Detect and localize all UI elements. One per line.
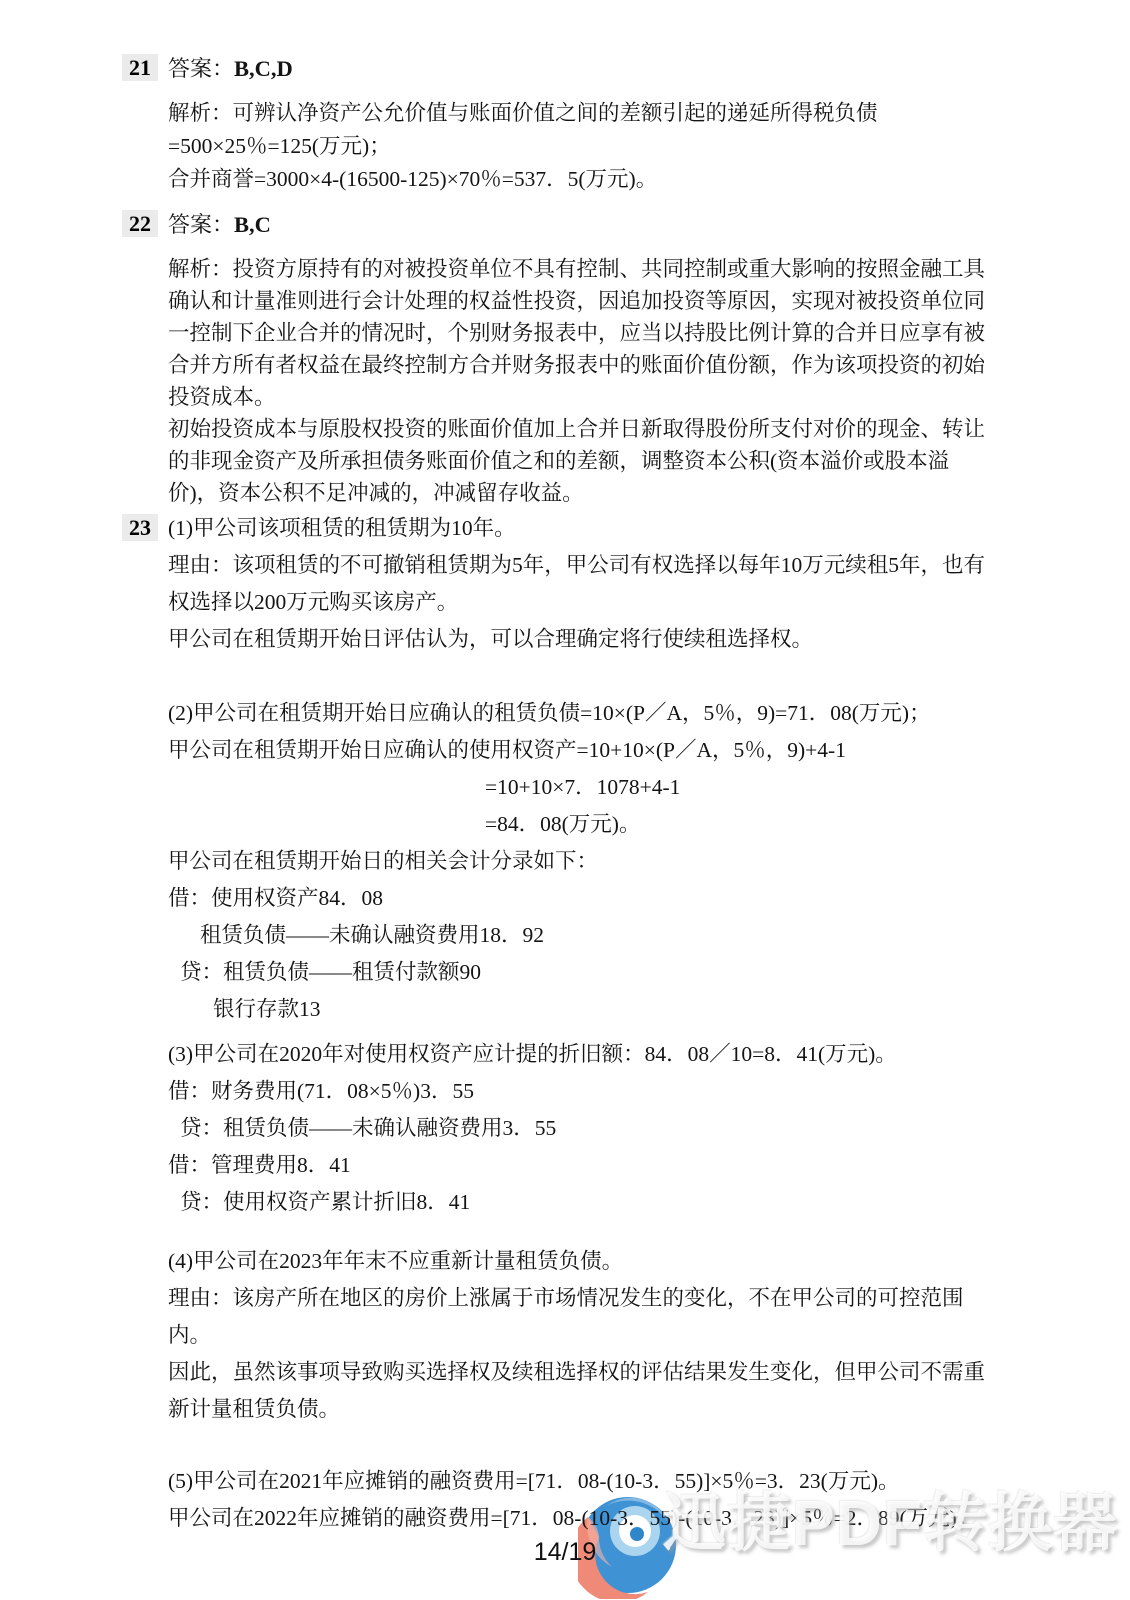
journal-entry-credit-line: 贷：租赁负债——租赁付款额90: [180, 954, 1090, 991]
analysis-line: 的非现金资产及所承担债务账面价值之和的差额，调整资本公积(资本溢价或股本溢: [168, 445, 1090, 477]
formula-line: 甲公司在租赁期开始日应确认的使用权资产=10+10×(P／A，5％，9)+4-1: [168, 732, 1090, 769]
answer-value: B,C: [234, 212, 271, 237]
answer-line: (1)甲公司该项租赁的租赁期为10年。: [168, 510, 1090, 547]
question-23-block-part2: (2)甲公司在租赁期开始日应确认的租赁负债=10×(P／A，5％，9)=71．0…: [0, 695, 1130, 1028]
journal-entry-debit-line: 借：财务费用(71．08×5％)3．55: [168, 1073, 1090, 1110]
page: { "page": { "background": "#ffffff", "fo…: [0, 0, 1130, 1600]
question-21-answer-row: 答案：B,C,D: [168, 52, 1090, 85]
reason-line: 权选择以200万元购买该房产。: [168, 584, 1090, 621]
formula-line: (3)甲公司在2020年对使用权资产应计提的折旧额：84．08／10=8．41(…: [168, 1036, 1090, 1073]
question-23-block-part1: 23 (1)甲公司该项租赁的租赁期为10年。 理由：该项租赁的不可撤销租赁期为5…: [0, 510, 1130, 658]
formula-continuation-line: =10+10×7．1078+4-1: [485, 769, 1090, 806]
journal-entry-subaccount-line: 银行存款13: [213, 991, 1090, 1028]
reason-line: 理由：该房产所在地区的房价上涨属于市场情况发生的变化，不在甲公司的可控范围: [168, 1280, 1090, 1317]
reason-line: 理由：该项租赁的不可撤销租赁期为5年，甲公司有权选择以每年10万元续租5年，也有: [168, 547, 1090, 584]
question-23-block-part4: (4)甲公司在2023年年末不应重新计量租赁负债。 理由：该房产所在地区的房价上…: [0, 1243, 1130, 1428]
reason-line: 内。: [168, 1317, 1090, 1354]
journal-entry-debit-line: 借：管理费用8．41: [168, 1147, 1090, 1184]
answer-line: (4)甲公司在2023年年末不应重新计量租赁负债。: [168, 1243, 1090, 1280]
analysis-line: 价)，资本公积不足冲减的，冲减留存收益。: [168, 477, 1090, 509]
watermark-text: 迅捷PDF转换器: [662, 1481, 1118, 1565]
question-22-number-badge: 22: [122, 210, 158, 237]
reason-line: 甲公司在租赁期开始日评估认为，可以合理确定将行使续租选择权。: [168, 621, 1090, 658]
analysis-line: 解析：可辨认净资产公允价值与账面价值之间的差额引起的递延所得税负债: [168, 97, 1090, 130]
analysis-line: 投资成本。: [168, 381, 1090, 413]
analysis-line: 解析：投资方原持有的对被投资单位不具有控制、共同控制或重大影响的按照金融工具: [168, 253, 1090, 285]
formula-line: 合并商誉=3000×4-(16500-125)×70％=537．5(万元)。: [168, 163, 1090, 196]
analysis-line: 确认和计量准则进行会计处理的权益性投资，因追加投资等原因，实现对被投资单位同: [168, 285, 1090, 317]
reason-line: 新计量租赁负债。: [168, 1391, 1090, 1428]
formula-line: =500×25％=125(万元)；: [168, 130, 1090, 163]
analysis-line: 一控制下企业合并的情况时，个别财务报表中，应当以持股比例计算的合并日应享有被: [168, 317, 1090, 349]
analysis-line: 合并方所有者权益在最终控制方合并财务报表中的账面价值份额，作为该项投资的初始: [168, 349, 1090, 381]
analysis-line: 初始投资成本与原股权投资的账面价值加上合并日新取得股份所支付对价的现金、转让: [168, 413, 1090, 445]
text-line: 甲公司在租赁期开始日的相关会计分录如下：: [168, 843, 1090, 880]
answer-value: B,C,D: [234, 56, 293, 81]
formula-continuation-line: =84．08(万元)。: [485, 806, 1090, 843]
answer-label: 答案：: [168, 212, 234, 237]
answer-label: 答案：: [168, 56, 234, 81]
question-23-number-badge: 23: [122, 514, 158, 541]
question-21-block: 21 答案：B,C,D 解析：可辨认净资产公允价值与账面价值之间的差额引起的递延…: [0, 52, 1130, 196]
formula-line: (2)甲公司在租赁期开始日应确认的租赁负债=10×(P／A，5％，9)=71．0…: [168, 695, 1090, 732]
question-22-block: 22 答案：B,C 解析：投资方原持有的对被投资单位不具有控制、共同控制或重大影…: [0, 208, 1130, 509]
question-23-block-part3: (3)甲公司在2020年对使用权资产应计提的折旧额：84．08／10=8．41(…: [0, 1036, 1130, 1221]
reason-line: 因此，虽然该事项导致购买选择权及续租选择权的评估结果发生变化，但甲公司不需重: [168, 1354, 1090, 1391]
question-21-number-badge: 21: [122, 54, 158, 81]
question-22-answer-row: 答案：B,C: [168, 208, 1090, 241]
journal-entry-subaccount-line: 租赁负债——未确认融资费用18．92: [200, 917, 1090, 954]
journal-entry-credit-line: 贷：租赁负债——未确认融资费用3．55: [180, 1110, 1090, 1147]
journal-entry-credit-line: 贷：使用权资产累计折旧8．41: [180, 1184, 1090, 1221]
journal-entry-debit-line: 借：使用权资产84．08: [168, 880, 1090, 917]
